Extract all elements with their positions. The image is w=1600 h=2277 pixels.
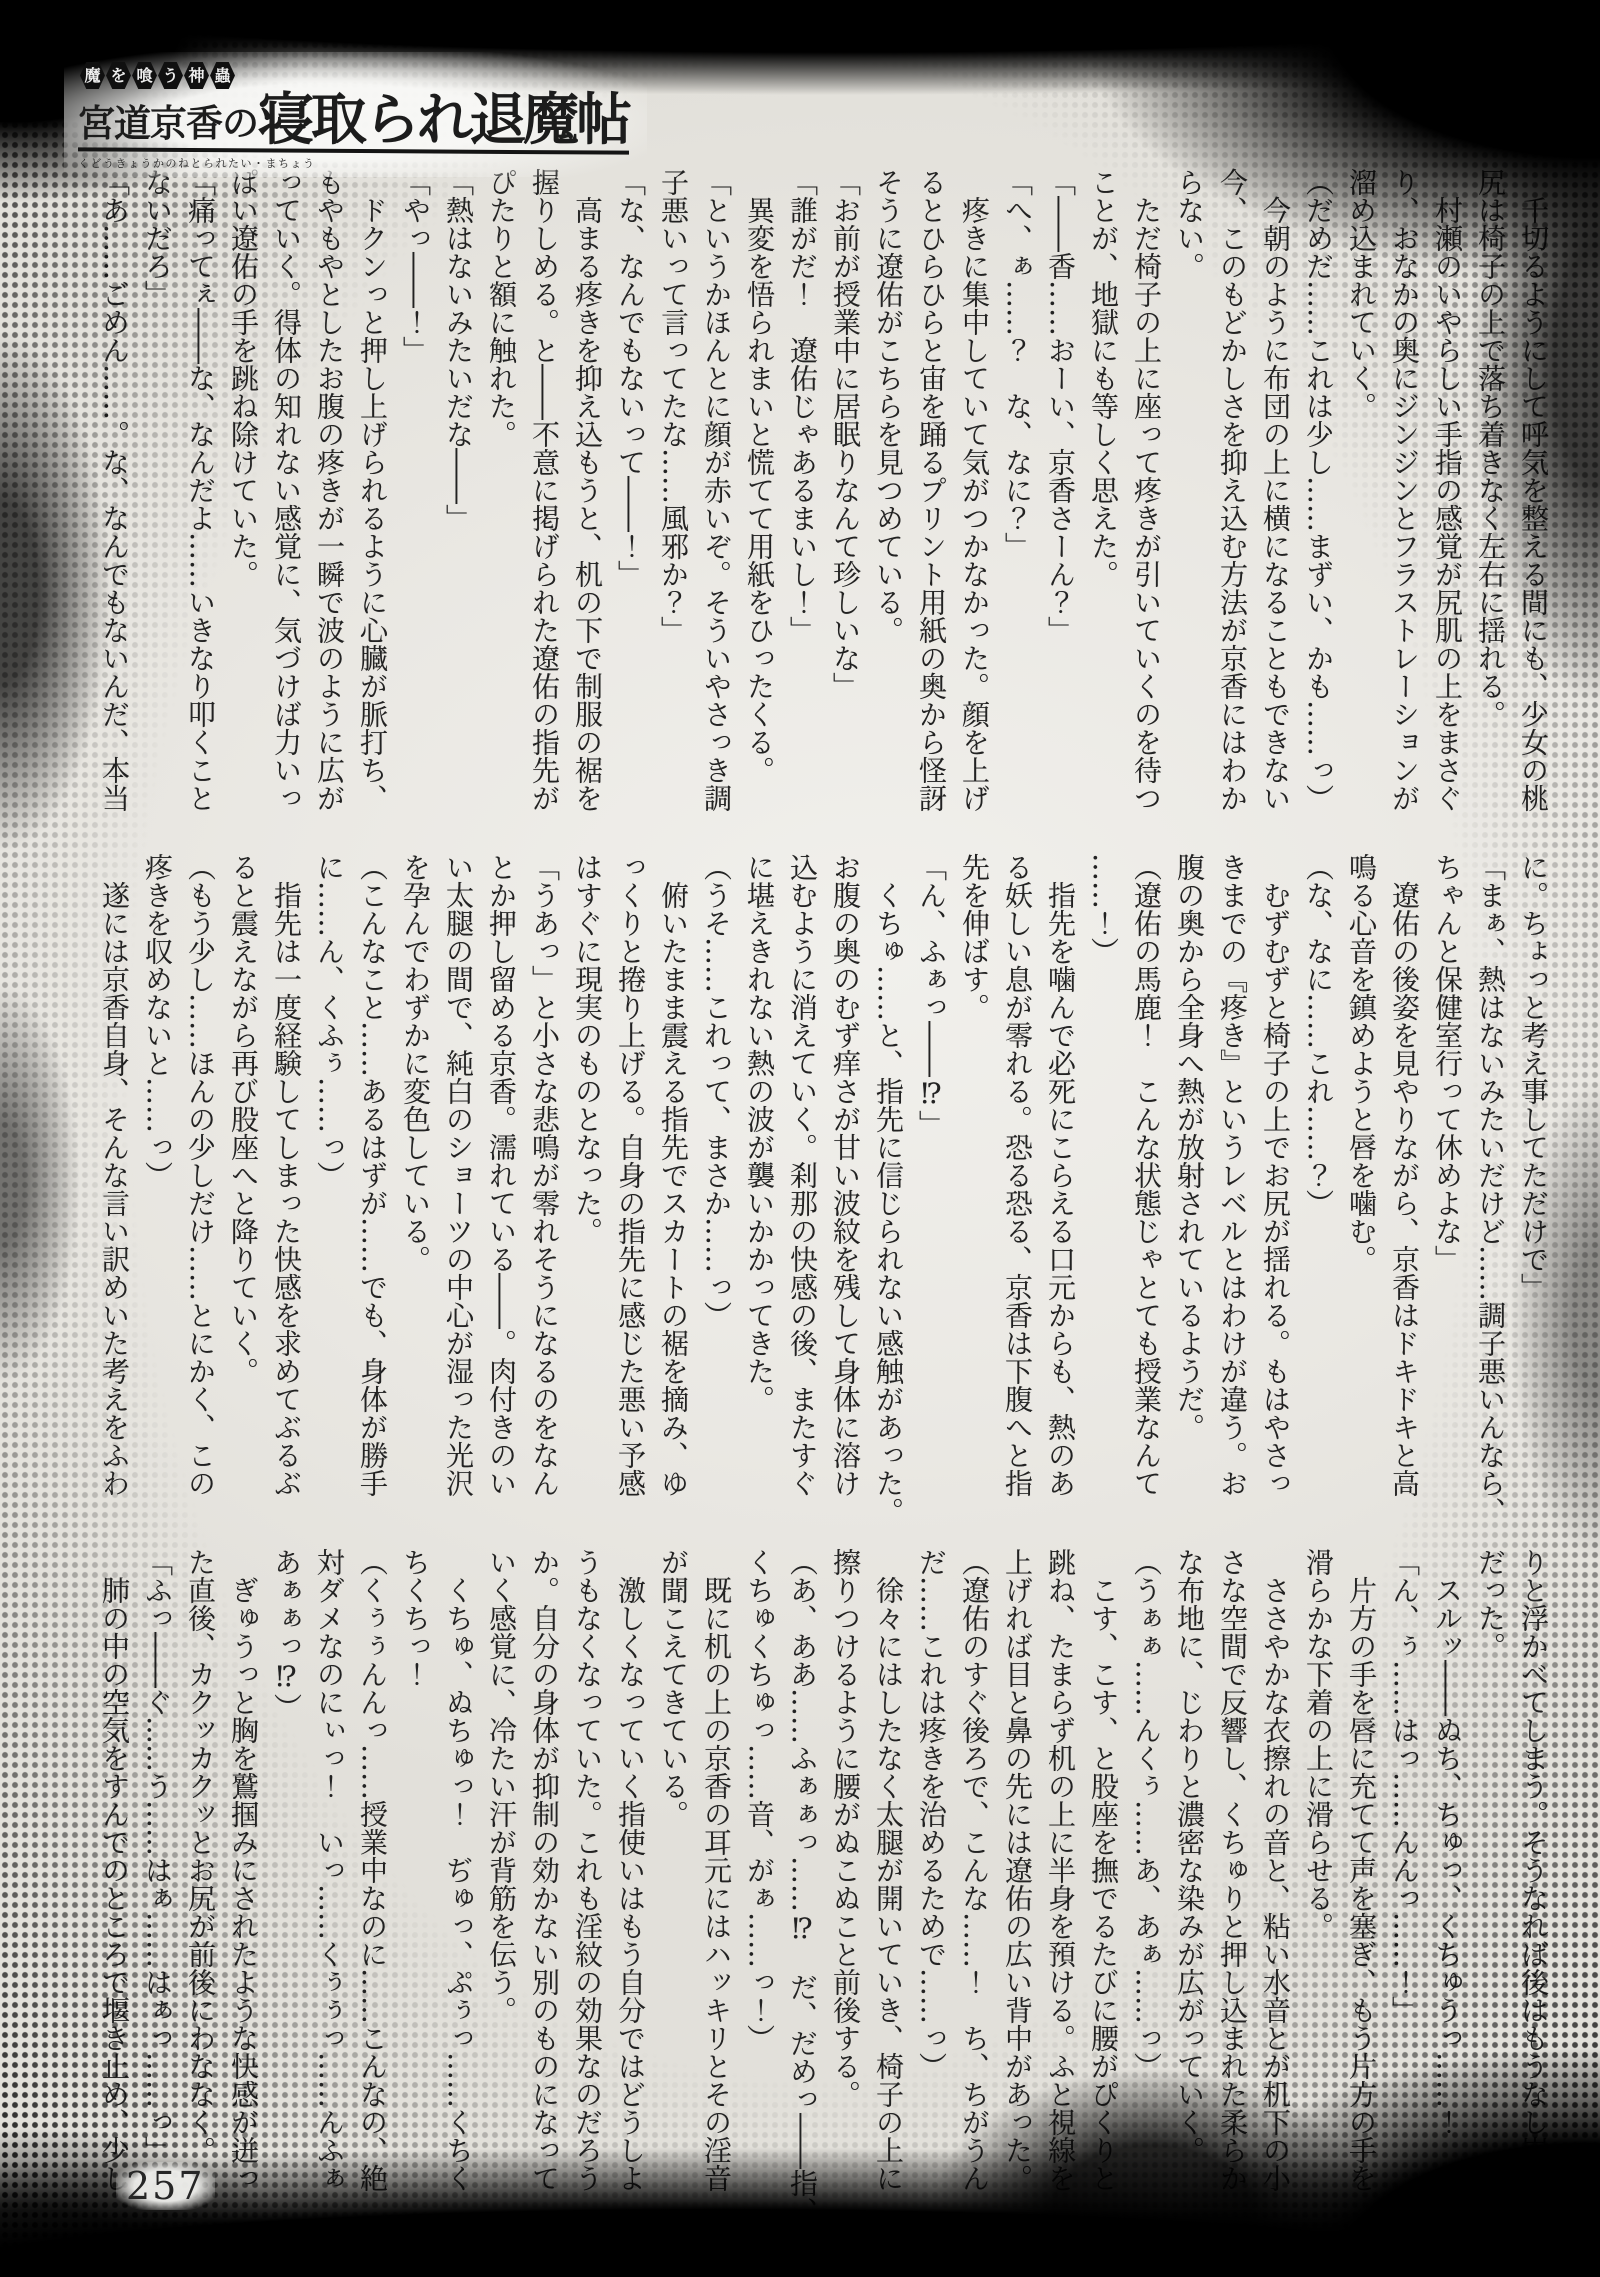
- hex-chip: を: [106, 62, 131, 89]
- vertical-text-band-2: に。ちょっと考え事してただけで」 「まぁ、熱はないみたいだけど……調子悪いんなら…: [85, 853, 1555, 1513]
- novel-page-scan: 千切るようにして呼気を整える間にも、少女の桃 尻は椅子の上で落ち着きなく左右に揺…: [0, 0, 1600, 2277]
- hex-chip: う: [158, 62, 183, 89]
- series-subtitle: 魔 を 喰 う 神 蟲: [80, 62, 629, 89]
- page-number: 257: [116, 2162, 215, 2210]
- hex-chip: 魔: [80, 62, 105, 89]
- vertical-text-band-1: 千切るようにして呼気を整える間にも、少女の桃 尻は椅子の上で落ち着きなく左右に揺…: [85, 168, 1555, 828]
- hex-chip: 蟲: [210, 62, 235, 89]
- series-title-furigana: くどうきょうかのねとられたい・まちょう: [78, 155, 629, 171]
- series-title: 宮道京香の 寝取られ退魔帖: [78, 92, 629, 148]
- series-title-main: 寝取られ退魔帖: [258, 92, 629, 148]
- series-logo: 魔 を 喰 う 神 蟲 宮道京香の 寝取られ退魔帖 くどうきょうかのねとられたい…: [64, 52, 647, 177]
- vertical-text-band-3: りと浮かべてしまう。そうなれば後はもうなし崩し だった。 スルッ――ぬち、ちゅっ…: [85, 1548, 1555, 2208]
- series-title-prefix: 宮道京香の: [78, 105, 258, 148]
- hex-chip: 神: [184, 62, 209, 89]
- hex-chip: 喰: [132, 62, 157, 89]
